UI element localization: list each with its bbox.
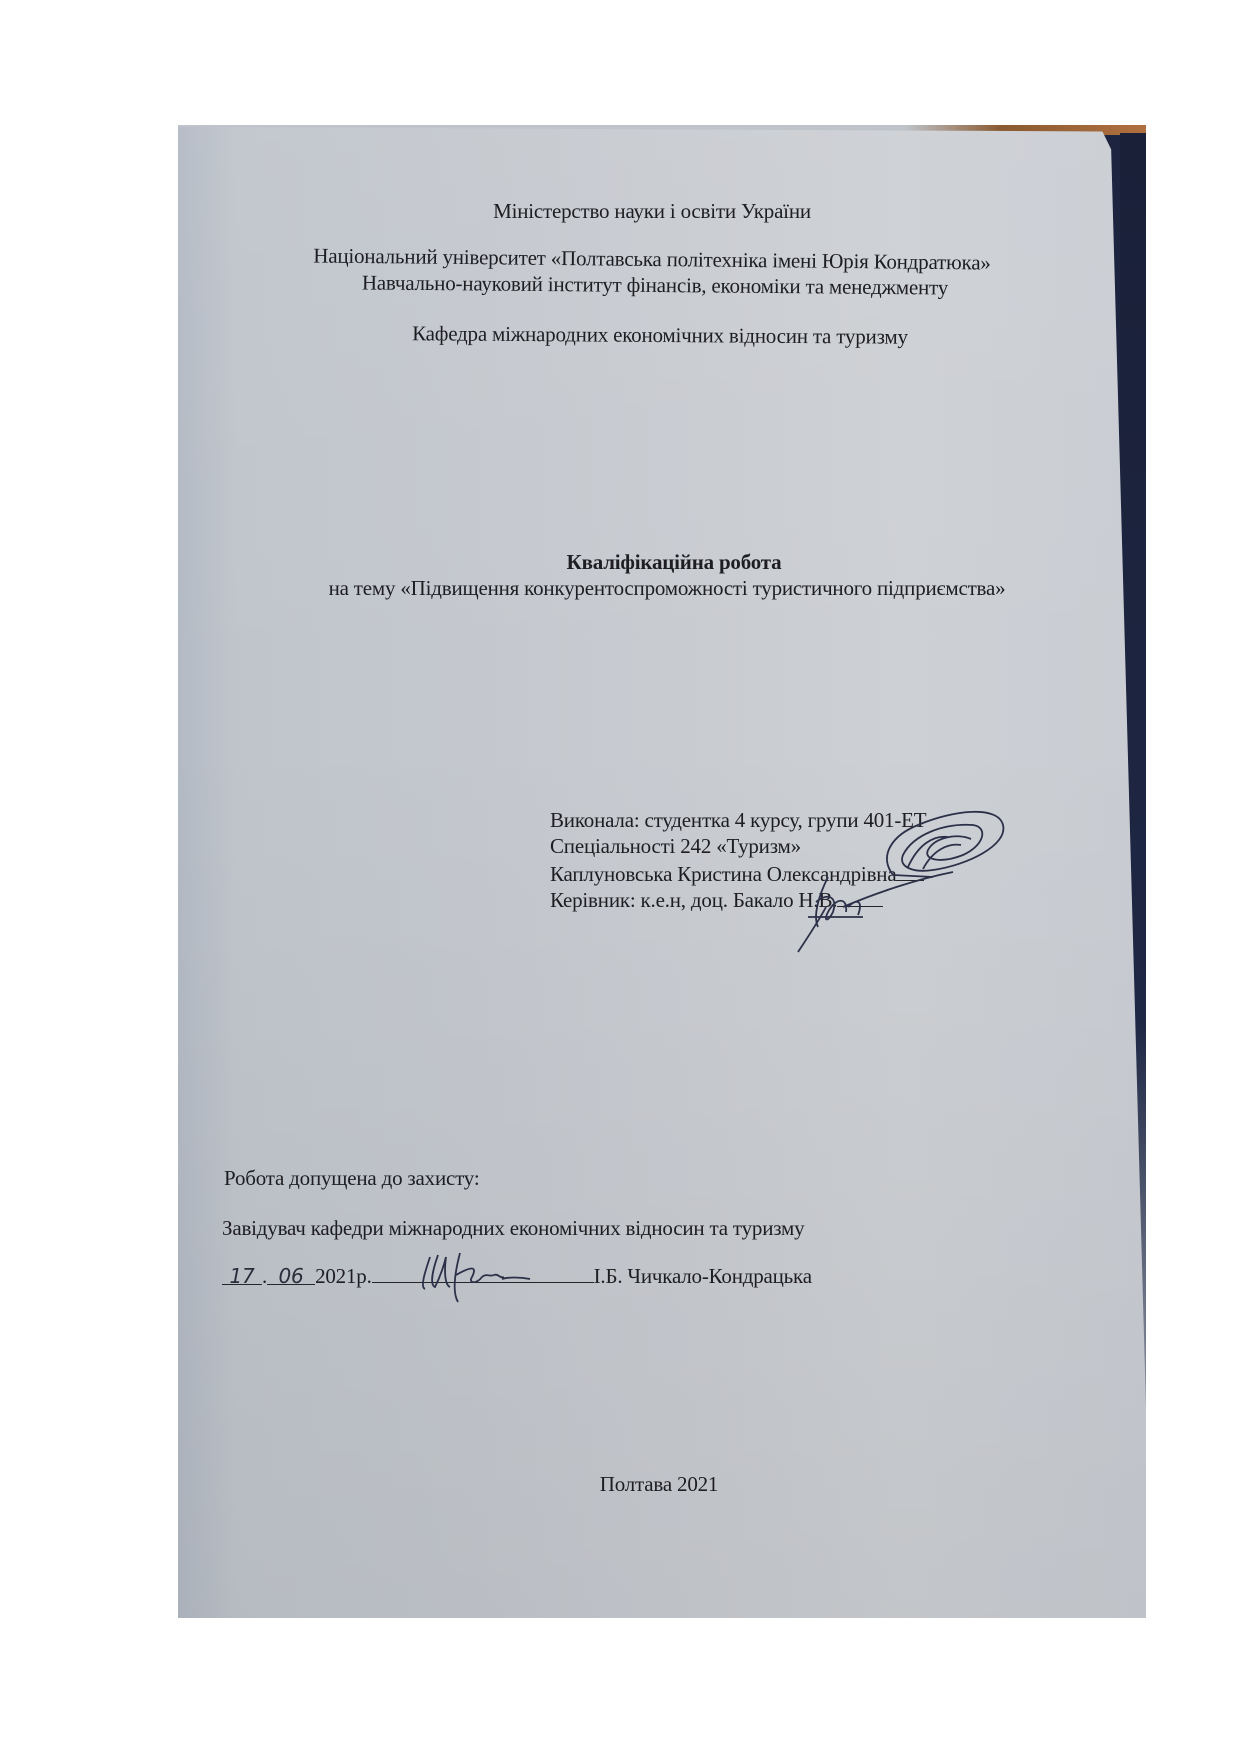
title-page: Міністерство науки і освіти України Наці… <box>178 127 1146 1618</box>
signature-line <box>896 860 924 881</box>
student-name-text: Каплуновська Кристина Олександрівна <box>550 862 896 886</box>
date-month: 06 <box>267 1264 315 1285</box>
supervisor-text: Керівник: к.е.н, доц. Бакало Н.В. <box>550 888 837 912</box>
approval-date-line: 17.062021р.І.Б. Чичкало-Кондрацька <box>222 1262 812 1289</box>
student-name: Каплуновська Кристина Олександрівна <box>550 860 924 887</box>
specialty: Спеціальності 242 «Туризм» <box>550 834 801 859</box>
signature-line <box>372 1262 594 1283</box>
ministry-heading: Міністерство науки і освіти України <box>178 199 1146 224</box>
department-name: Кафедра міжнародних економічних відносин… <box>178 320 1146 352</box>
date-day: 17 <box>222 1264 262 1285</box>
head-name: І.Б. Чичкало-Кондрацька <box>594 1264 812 1288</box>
work-topic: на тему «Підвищення конкурентоспроможнос… <box>188 576 1146 601</box>
work-type-title: Кваліфікаційна робота <box>202 550 1146 575</box>
document-photo: Міністерство науки і освіти України Наці… <box>178 125 1146 1618</box>
admitted-to-defense: Робота допущена до захисту: <box>224 1166 479 1191</box>
city-year: Полтава 2021 <box>178 1472 1146 1497</box>
supervisor: Керівник: к.е.н, доц. Бакало Н.В. <box>550 886 883 913</box>
performed-by: Виконала: студентка 4 курсу, групи 401-Е… <box>550 808 926 833</box>
head-of-department-title: Завідувач кафедри міжнародних економічни… <box>222 1216 804 1241</box>
signature-line <box>837 886 883 907</box>
date-year: 2021р. <box>315 1264 372 1288</box>
